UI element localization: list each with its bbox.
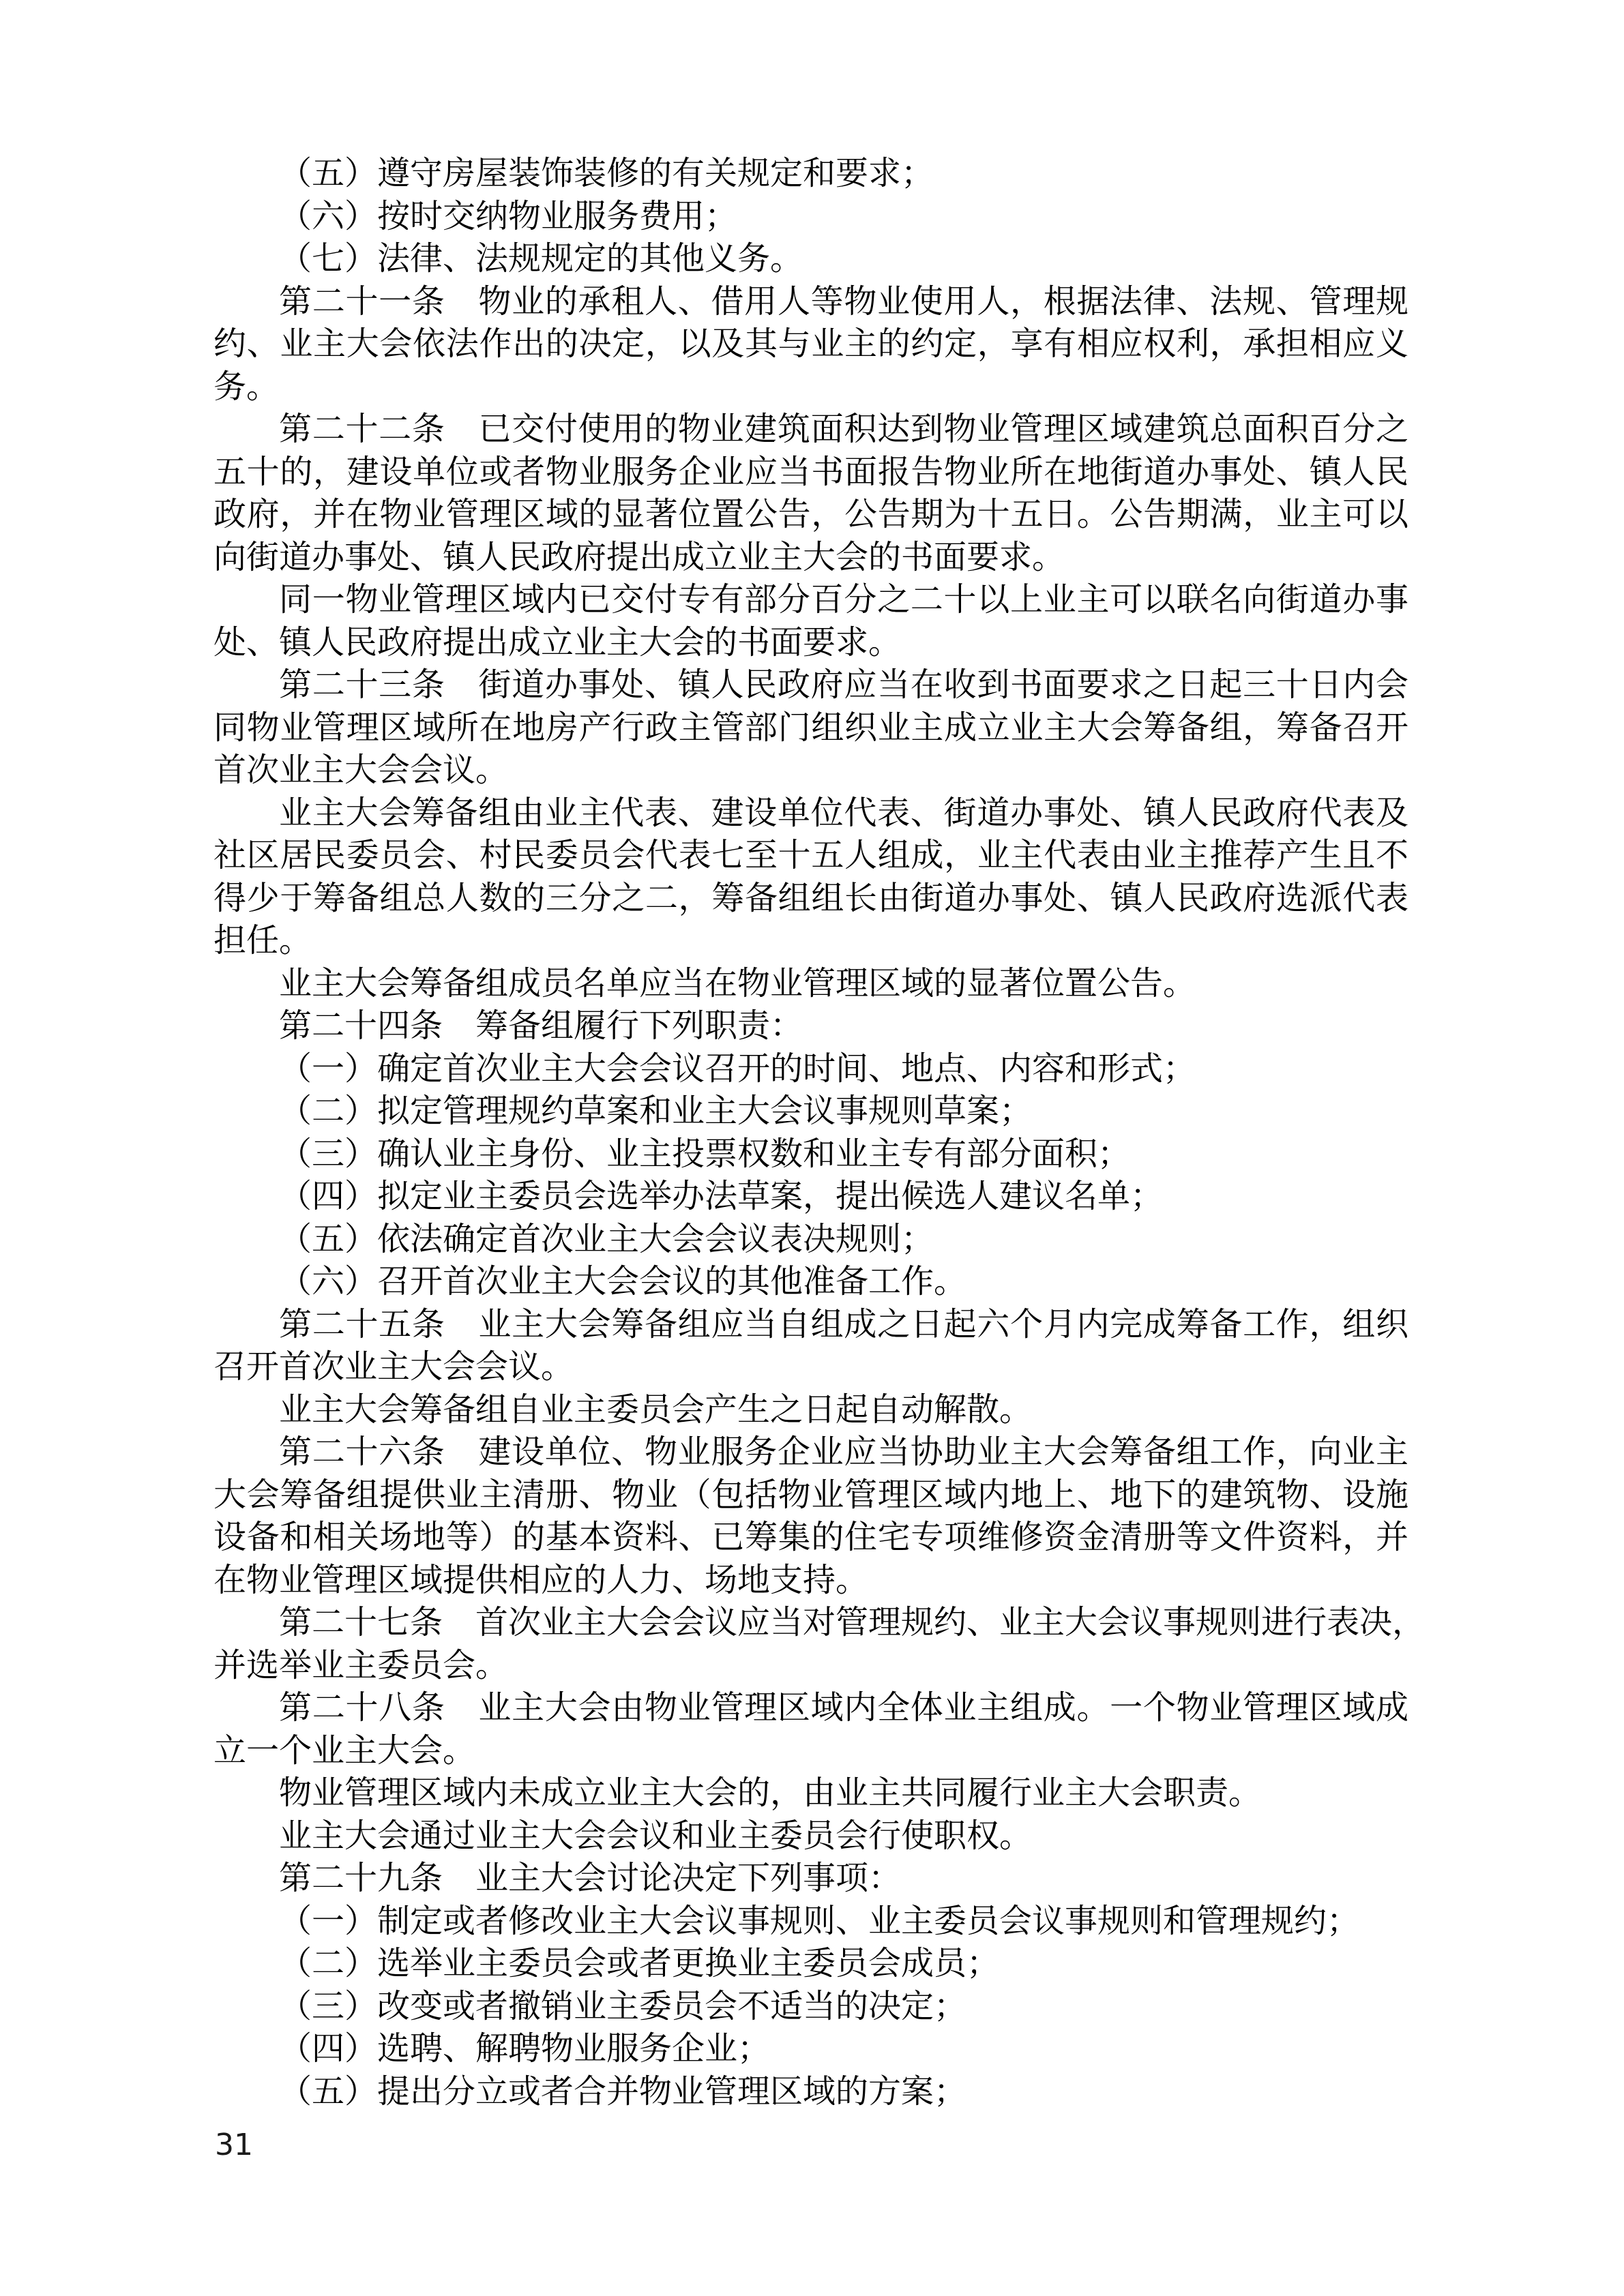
text-line: 设备和相关场地等）的基本资料、已筹集的住宅专项维修资金清册等文件资料，并 (213, 1517, 1408, 1560)
text-line: （五）依法确定首次业主大会会议表决规则； (213, 1219, 1408, 1262)
text-line: 向街道办事处、镇人民政府提出成立业主大会的书面要求。 (213, 537, 1408, 580)
text-line: 第二十三条 街道办事处、镇人民政府应当在收到书面要求之日起三十日内会 (213, 664, 1408, 707)
text-line: 第二十四条 筹备组履行下列职责： (213, 1005, 1408, 1048)
text-line: （二）选举业主委员会或者更换业主委员会成员； (213, 1943, 1408, 1986)
text-line: 社区居民委员会、村民委员会代表七至十五人组成，业主代表由业主推荐产生且不 (213, 835, 1408, 878)
text-line: （四）拟定业主委员会选举办法草案，提出候选人建议名单； (213, 1176, 1408, 1219)
text-line: 第二十二条 已交付使用的物业建筑面积达到物业管理区域建筑总面积百分之 (213, 408, 1408, 451)
text-line: 第二十九条 业主大会讨论决定下列事项： (213, 1858, 1408, 1900)
text-line: （三）确认业主身份、业主投票权数和业主专有部分面积； (213, 1133, 1408, 1176)
text-line: 同物业管理区域所在地房产行政主管部门组织业主成立业主大会筹备组，筹备召开 (213, 707, 1408, 750)
page-number: 31 (215, 2129, 253, 2162)
text-line: 处、镇人民政府提出成立业主大会的书面要求。 (213, 622, 1408, 665)
text-line: 召开首次业主大会会议。 (213, 1346, 1408, 1389)
text-line: 业主大会筹备组自业主委员会产生之日起自动解散。 (213, 1389, 1408, 1432)
text-line: （七）法律、法规规定的其他义务。 (213, 238, 1408, 281)
text-line: 担任。 (213, 920, 1408, 963)
text-line: 业主大会筹备组成员名单应当在物业管理区域的显著位置公告。 (213, 963, 1408, 1006)
text-line: （二）拟定管理规约草案和业主大会议事规则草案； (213, 1090, 1408, 1133)
text-line: （六）召开首次业主大会会议的其他准备工作。 (213, 1261, 1408, 1304)
text-line: 业主大会通过业主大会会议和业主委员会行使职权。 (213, 1815, 1408, 1858)
text-line: 首次业主大会会议。 (213, 749, 1408, 792)
text-line: 在物业管理区域提供相应的人力、场地支持。 (213, 1560, 1408, 1602)
text-line: 并选举业主委员会。 (213, 1645, 1408, 1688)
document-body: （五）遵守房屋装饰装修的有关规定和要求；（六）按时交纳物业服务费用；（七）法律、… (213, 153, 1408, 2113)
text-line: 务。 (213, 366, 1408, 409)
text-line: 约、业主大会依法作出的决定，以及其与业主的约定，享有相应权利，承担相应义 (213, 323, 1408, 366)
text-line: 第二十五条 业主大会筹备组应当自组成之日起六个月内完成筹备工作，组织 (213, 1304, 1408, 1347)
text-line: 得少于筹备组总人数的三分之二，筹备组组长由街道办事处、镇人民政府选派代表 (213, 878, 1408, 921)
text-line: （五）提出分立或者合并物业管理区域的方案； (213, 2071, 1408, 2114)
text-line: 五十的，建设单位或者物业服务企业应当书面报告物业所在地街道办事处、镇人民 (213, 451, 1408, 494)
text-line: （五）遵守房屋装饰装修的有关规定和要求； (213, 153, 1408, 196)
text-line: 大会筹备组提供业主清册、物业（包括物业管理区域内地上、地下的建筑物、设施 (213, 1474, 1408, 1517)
text-line: 第二十七条 首次业主大会会议应当对管理规约、业主大会议事规则进行表决， (213, 1602, 1408, 1645)
text-line: 同一物业管理区域内已交付专有部分百分之二十以上业主可以联名向街道办事 (213, 579, 1408, 622)
text-line: 物业管理区域内未成立业主大会的，由业主共同履行业主大会职责。 (213, 1772, 1408, 1815)
text-line: （三）改变或者撤销业主委员会不适当的决定； (213, 1986, 1408, 2029)
text-line: （六）按时交纳物业服务费用； (213, 196, 1408, 239)
text-line: 第二十八条 业主大会由物业管理区域内全体业主组成。一个物业管理区域成 (213, 1687, 1408, 1730)
text-line: （一）制定或者修改业主大会议事规则、业主委员会议事规则和管理规约； (213, 1900, 1408, 1943)
text-line: 政府，并在物业管理区域的显著位置公告，公告期为十五日。公告期满，业主可以 (213, 494, 1408, 537)
text-line: 业主大会筹备组由业主代表、建设单位代表、街道办事处、镇人民政府代表及 (213, 792, 1408, 835)
document-page: （五）遵守房屋装饰装修的有关规定和要求；（六）按时交纳物业服务费用；（七）法律、… (0, 0, 1624, 2296)
text-line: 第二十六条 建设单位、物业服务企业应当协助业主大会筹备组工作，向业主 (213, 1431, 1408, 1474)
text-line: 第二十一条 物业的承租人、借用人等物业使用人，根据法律、法规、管理规 (213, 281, 1408, 324)
text-line: （四）选聘、解聘物业服务企业； (213, 2028, 1408, 2071)
text-line: 立一个业主大会。 (213, 1730, 1408, 1773)
text-line: （一）确定首次业主大会会议召开的时间、地点、内容和形式； (213, 1048, 1408, 1091)
